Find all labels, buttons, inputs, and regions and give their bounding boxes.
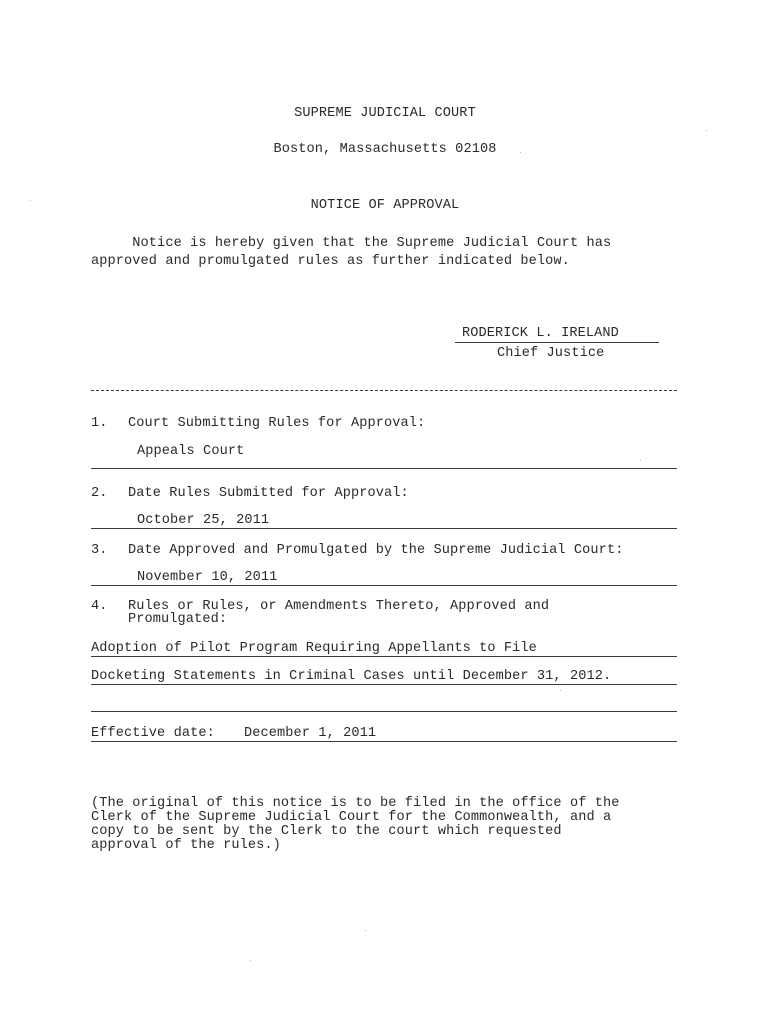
item-4-number: 4. <box>91 599 108 614</box>
item-3-number: 3. <box>91 543 108 558</box>
footnote-line-4: approval of the rules.) <box>91 839 281 853</box>
item-3-rule <box>91 585 677 586</box>
item-4-value-line-1-field: Adoption of Pilot Program Requiring Appe… <box>91 641 677 656</box>
effective-date-label: Effective date: <box>91 726 215 741</box>
footnote-line-2: Clerk of the Supreme Judicial Court for … <box>91 811 611 825</box>
item-4-rule-1 <box>91 656 677 657</box>
footnote-line-3: copy to be sent by the Clerk to the cour… <box>91 825 562 839</box>
item-2-label: Date Rules Submitted for Approval: <box>128 486 409 501</box>
effective-date-value: December 1, 2011 <box>244 726 376 741</box>
scan-speck <box>250 960 251 961</box>
item-1-value: Appeals Court <box>137 444 244 459</box>
item-2-rule <box>91 528 677 529</box>
item-2-value-field: October 25, 2011 <box>91 513 677 528</box>
scan-speck <box>640 460 641 461</box>
blank-rule <box>91 711 677 712</box>
item-1-rule <box>91 468 677 469</box>
scan-speck <box>560 690 561 691</box>
item-4-value-line-1: Adoption of Pilot Program Requiring Appe… <box>91 641 537 656</box>
effective-date-field: Effective date: December 1, 2011 <box>91 726 677 741</box>
item-2-number: 2. <box>91 486 108 501</box>
scan-speck <box>365 930 366 931</box>
footnote-line-1: (The original of this notice is to be fi… <box>91 797 619 811</box>
dashed-separator <box>91 390 677 391</box>
item-2-value: October 25, 2011 <box>137 513 269 528</box>
item-4-value-line-2: Docketing Statements in Criminal Cases u… <box>91 669 611 684</box>
intro-line-1: Notice is hereby given that the Supreme … <box>91 236 611 251</box>
signature-line <box>455 342 659 343</box>
notice-title: NOTICE OF APPROVAL <box>0 198 770 213</box>
item-3-label: Date Approved and Promulgated by the Sup… <box>128 543 623 558</box>
item-3-value: November 10, 2011 <box>137 570 277 585</box>
court-name: SUPREME JUDICIAL COURT <box>0 106 770 121</box>
item-4-label-line-2: Promulgated: <box>128 612 227 627</box>
court-address: Boston, Massachusetts 02108 <box>0 142 770 157</box>
item-1-label: Court Submitting Rules for Approval: <box>128 416 425 431</box>
item-1-number: 1. <box>91 416 108 431</box>
item-3-value-field: November 10, 2011 <box>91 570 677 585</box>
item-4-rule-2 <box>91 684 677 685</box>
signature-name: RODERICK L. IRELAND <box>462 326 619 341</box>
signature-title: Chief Justice <box>497 346 604 361</box>
intro-line-2: approved and promulgated rules as furthe… <box>91 254 570 269</box>
effective-date-rule <box>91 741 677 742</box>
scan-speck <box>706 130 707 131</box>
scan-speck <box>520 152 521 153</box>
item-4-value-line-2-field: Docketing Statements in Criminal Cases u… <box>91 669 677 684</box>
scan-speck <box>30 200 31 201</box>
